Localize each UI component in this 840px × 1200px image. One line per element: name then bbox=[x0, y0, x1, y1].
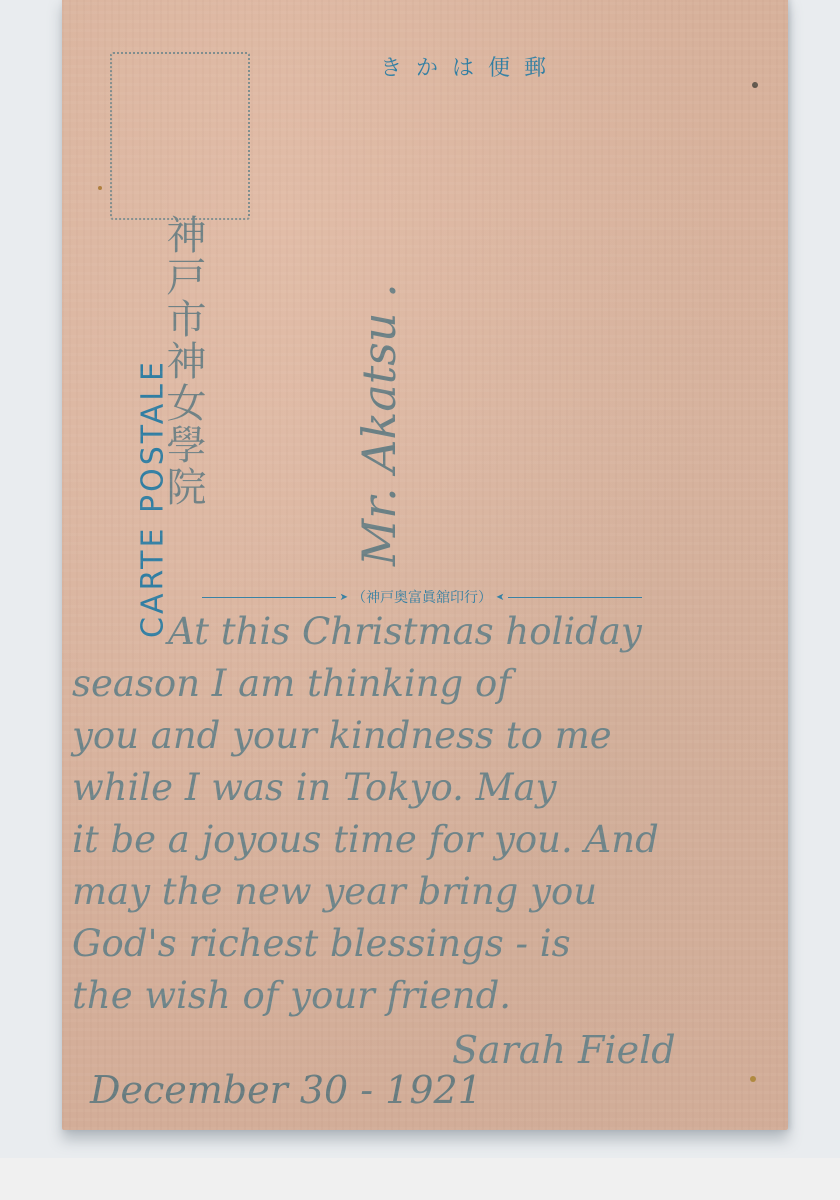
arrow-right-icon: ➤ bbox=[340, 592, 348, 603]
message-line: may the new year bring you bbox=[72, 866, 778, 918]
publisher-text: （神戸奥富眞舘印行） bbox=[352, 587, 492, 607]
ink-spot bbox=[98, 186, 102, 190]
recipient-name: Mr. Akatsu . bbox=[352, 146, 406, 566]
publisher-line: ➤ （神戸奥富眞舘印行） ➤ bbox=[202, 587, 642, 607]
message-line: season I am thinking of bbox=[72, 658, 778, 710]
message-line: you and your kindness to me bbox=[72, 710, 778, 762]
message-line: God's richest blessings - is bbox=[72, 918, 778, 970]
ink-spot bbox=[750, 1076, 756, 1082]
header-kana: きかは便郵 bbox=[380, 56, 560, 81]
message-line: while I was in Tokyo. May bbox=[72, 762, 778, 814]
signature: Sarah Field bbox=[452, 1028, 676, 1072]
postcard-header: きかは便郵 bbox=[380, 48, 560, 83]
message-line: it be a joyous time for you. And bbox=[72, 814, 778, 866]
postcard: きかは便郵 CARTE POSTALE ➤ （神戸奥富眞舘印行） ➤ 神戸市神女… bbox=[62, 0, 788, 1130]
background-bottom-band bbox=[0, 1158, 840, 1200]
stamp-box bbox=[110, 52, 250, 220]
address-japanese: 神戸市神女學院 bbox=[160, 214, 206, 508]
divider-right bbox=[508, 597, 642, 598]
message-line: the wish of your friend. bbox=[72, 970, 778, 1022]
message-body: At this Christmas holiday season I am th… bbox=[72, 606, 778, 1022]
ink-spot bbox=[752, 82, 758, 88]
date: December 30 - 1921 bbox=[90, 1068, 482, 1112]
message-line: At this Christmas holiday bbox=[72, 606, 778, 658]
divider-left bbox=[202, 597, 336, 598]
arrow-left-icon: ➤ bbox=[496, 592, 504, 603]
